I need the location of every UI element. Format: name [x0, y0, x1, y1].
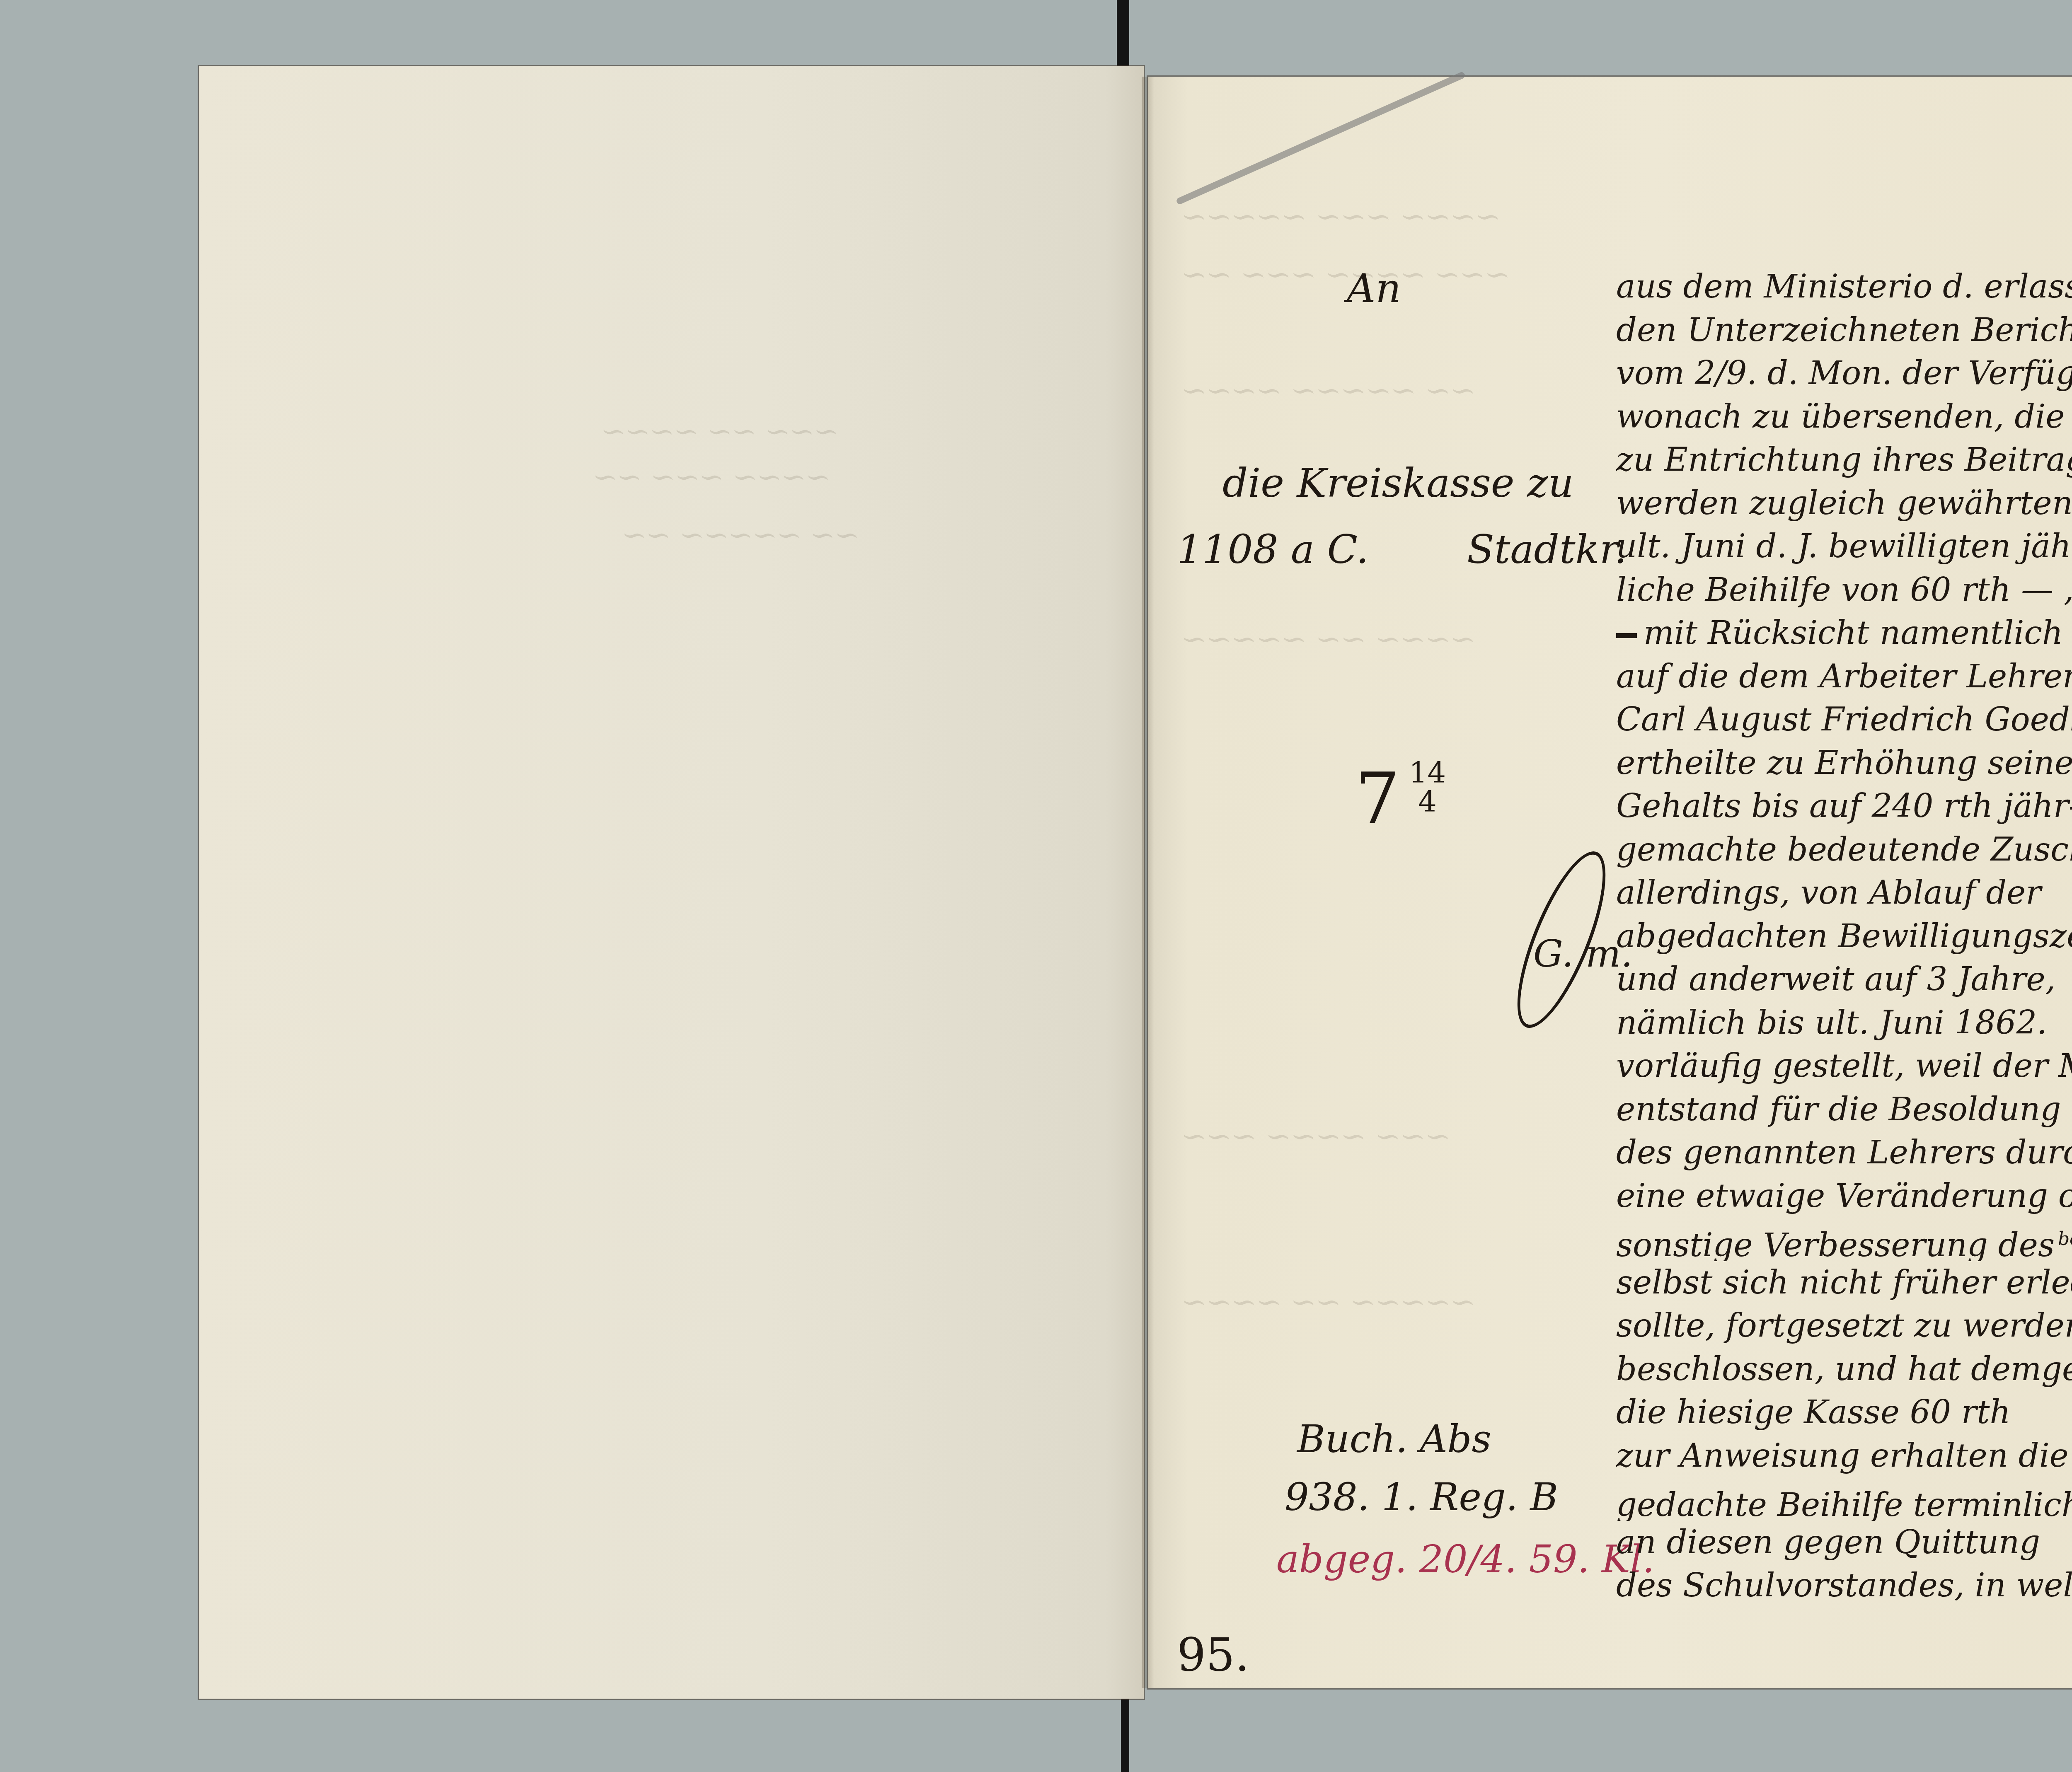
annotation-book-ref: Buch. Abs — [1297, 1417, 1491, 1461]
body-line-with-insertion: gedachte Beihilfe terminlichin 1/4 jährl… — [1616, 1477, 2072, 1521]
date-fraction-bottom: 4 — [1409, 787, 1446, 816]
body-line: entstand für die Besoldung — [1616, 1088, 2072, 1131]
body-line: werden zugleich gewährten bis — [1616, 482, 2072, 525]
address-place: Stadtkr. — [1467, 526, 1627, 573]
body-line: liche Beihilfe von 60 rth — , — [1616, 568, 2072, 612]
body-line: ult. Juni d. J. bewilligten jähr- — [1616, 525, 2072, 568]
body-line: zu Entrichtung ihres Beitrags — [1616, 438, 2072, 482]
body-line: sollte, fortgesetzt zu werden — [1616, 1304, 2072, 1348]
body-line: an diesen gegen Quittung — [1616, 1521, 2072, 1564]
letter-body: aus dem Ministerio d. erlassenen auf den… — [1616, 265, 2072, 1608]
body-line: abgedachten Bewilligungszeit — [1616, 915, 2072, 958]
body-line: gemachte bedeutende Zuschuß — [1616, 828, 2072, 872]
address-recipient: die Kreiskasse zu — [1222, 460, 1574, 506]
date-mark: 7 — [1355, 758, 1400, 840]
body-line: wonach zu übersenden, die ihr — [1616, 395, 2072, 439]
body-line: und anderweit auf 3 Jahre, — [1616, 958, 2072, 1001]
body-line: vorläufig gestellt, weil der Mangel — [1616, 1044, 2072, 1088]
body-line: allerdings, von Ablauf der — [1616, 871, 2072, 915]
body-line: ertheilte zu Erhöhung seines — [1616, 742, 2072, 785]
leaf-number: 95. — [1177, 1628, 1249, 1681]
body-line: Gehalts bis auf 240 rth jähr- — [1616, 785, 2072, 828]
body-line: zur Anweisung erhalten die — [1616, 1434, 2072, 1478]
body-line: selbst sich nicht früher erledigen — [1616, 1261, 2072, 1305]
body-line: aus dem Ministerio d. erlassenen auf — [1616, 265, 2072, 309]
gutter-shadow — [1142, 77, 1154, 1688]
binding-spine-top — [1117, 0, 1129, 77]
annotation-dispatch-red: abgeg. 20/4. 59. Kl. — [1276, 1537, 1655, 1581]
body-line: des genannten Lehrers durch — [1616, 1131, 2072, 1175]
body-line-with-insertion: sonstige Verbesserung desbereits — [1616, 1218, 2072, 1261]
body-line: beschlossen, und hat demgemäß — [1616, 1348, 2072, 1391]
body-line: die hiesige Kasse 60 rth — [1616, 1391, 2072, 1434]
annotation-register-ref: 938. 1. Reg. B — [1285, 1475, 1558, 1519]
date-mark-fraction: 14 4 — [1409, 758, 1446, 816]
body-line: Carl August Friedrich Goedke — [1616, 698, 2072, 742]
body-line: auf die dem Arbeiter Lehrer — [1616, 655, 2072, 699]
body-line-with-strikeout: mit Rücksicht namentlich — [1616, 612, 2072, 655]
address-file-ref: 1108 a C. — [1177, 526, 1369, 573]
body-line: des Schulvorstandes, in welcher — [1616, 1564, 2072, 1608]
body-line: vom 2/9. d. Mon. der Verfügung — [1616, 352, 2072, 395]
binding-spine-bottom — [1121, 1695, 1129, 1772]
insertion-above: bereits — [2058, 1228, 2072, 1250]
body-line: den Unterzeichneten Bericht zu dem — [1616, 309, 2072, 352]
body-line-text: gedachte Beihilfe terminlich — [1616, 1487, 2072, 1521]
left-page — [199, 66, 1144, 1699]
body-line-text: mit Rücksicht namentlich — [1644, 614, 2063, 652]
body-line-text: sonstige Verbesserung des — [1616, 1227, 2055, 1261]
body-line: eine etwaige Veränderung oder — [1616, 1175, 2072, 1218]
body-line: nämlich bis ult. Juni 1862. — [1616, 1001, 2072, 1045]
address-salutation: An — [1347, 265, 1401, 312]
date-fraction-top: 14 — [1409, 758, 1446, 787]
